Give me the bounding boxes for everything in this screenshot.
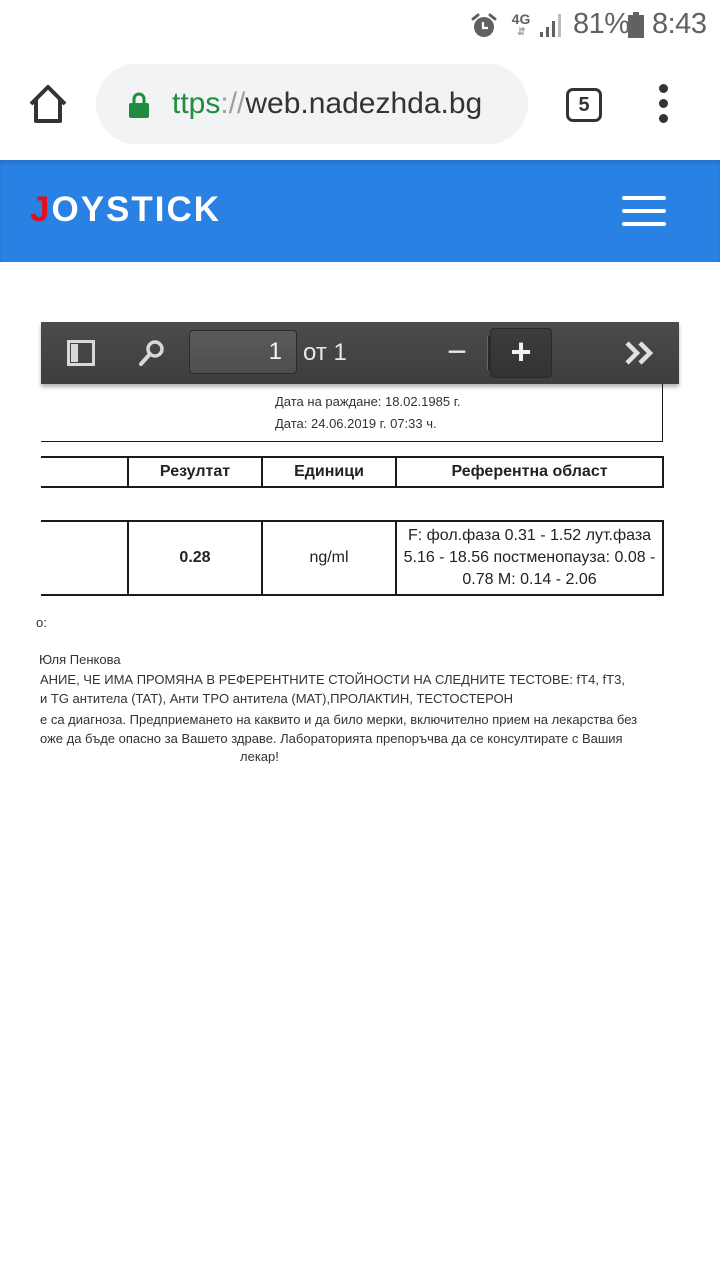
page-number-input[interactable]: 1 xyxy=(189,330,297,374)
battery-percent: 81% xyxy=(573,8,630,41)
header-result: Резултат xyxy=(128,457,262,487)
sidebar-toggle-icon[interactable] xyxy=(67,340,95,366)
note-line: о: xyxy=(36,615,47,630)
status-bar: 4G ⇵ 81% 8:43 xyxy=(0,0,720,52)
browser-toolbar: ttps://web.nadezhda.bg 5 xyxy=(0,52,720,160)
cell-test xyxy=(41,521,128,595)
report-date: Дата: 24.06.2019 г. 07:33 ч. xyxy=(275,416,437,431)
header-reference: Референтна област xyxy=(396,457,663,487)
note-line: АНИЕ, ЧЕ ИМА ПРОМЯНА В РЕФЕРЕНТНИТЕ СТОЙ… xyxy=(40,672,625,687)
url-text[interactable]: ttps://web.nadezhda.bg xyxy=(172,84,482,124)
doctor-name: Юля Пенкова xyxy=(39,652,121,667)
battery-icon xyxy=(628,12,644,38)
table-row: 0.28 ng/ml F: фол.фаза 0.31 - 1.52 лут.ф… xyxy=(41,521,663,595)
lock-icon xyxy=(128,92,150,118)
logo-accent-letter: J xyxy=(30,190,51,229)
cell-reference: F: фол.фаза 0.31 - 1.52 лут.фаза 5.16 - … xyxy=(396,521,663,595)
zoom-out-button[interactable]: − xyxy=(439,336,475,370)
note-line: е са диагноза. Предприемането на каквито… xyxy=(40,712,637,727)
cell-result: 0.28 xyxy=(128,521,262,595)
header-units: Единици xyxy=(262,457,396,487)
zoom-in-button[interactable]: + xyxy=(490,328,552,378)
note-line: лекар! xyxy=(240,749,279,764)
alarm-clock-icon xyxy=(470,12,498,40)
note-line: и TG антитела (TAT), Анти TPO антитела (… xyxy=(40,691,513,706)
site-header: JOYSTICK xyxy=(0,160,720,262)
birth-date: Дата на раждане: 18.02.1985 г. xyxy=(275,394,460,409)
url-host: web.nadezhda.bg xyxy=(245,87,482,120)
results-table-header: Резултат Единици Референтна област xyxy=(41,456,664,488)
site-logo[interactable]: JOYSTICK xyxy=(30,190,221,230)
clock: 8:43 xyxy=(652,8,706,41)
cell-units: ng/ml xyxy=(262,521,396,595)
hamburger-icon[interactable] xyxy=(622,196,668,226)
home-icon[interactable] xyxy=(26,82,70,126)
page-count-label: от 1 xyxy=(303,338,347,368)
header-test xyxy=(41,457,128,487)
logo-text: OYSTICK xyxy=(51,190,221,229)
pdf-viewer-toolbar: 1 от 1 − + xyxy=(41,322,679,384)
search-icon[interactable] xyxy=(137,338,167,368)
url-separator: :// xyxy=(220,87,245,120)
note-line: оже да бъде опасно за Вашето здраве. Лаб… xyxy=(40,731,623,746)
tab-switcher-button[interactable]: 5 xyxy=(566,88,602,122)
url-scheme: ttps xyxy=(172,87,220,120)
data-arrows-icon: ⇵ xyxy=(510,26,532,40)
network-indicator: 4G ⇵ xyxy=(510,12,532,40)
network-type: 4G xyxy=(512,11,531,27)
double-chevron-right-icon[interactable] xyxy=(623,336,659,370)
cell-signal-icon xyxy=(538,12,564,38)
results-table: 0.28 ng/ml F: фол.фаза 0.31 - 1.52 лут.ф… xyxy=(41,520,664,596)
patient-info-box xyxy=(41,384,663,442)
kebab-menu-icon[interactable] xyxy=(650,84,678,124)
address-bar[interactable]: ttps://web.nadezhda.bg xyxy=(96,64,528,144)
